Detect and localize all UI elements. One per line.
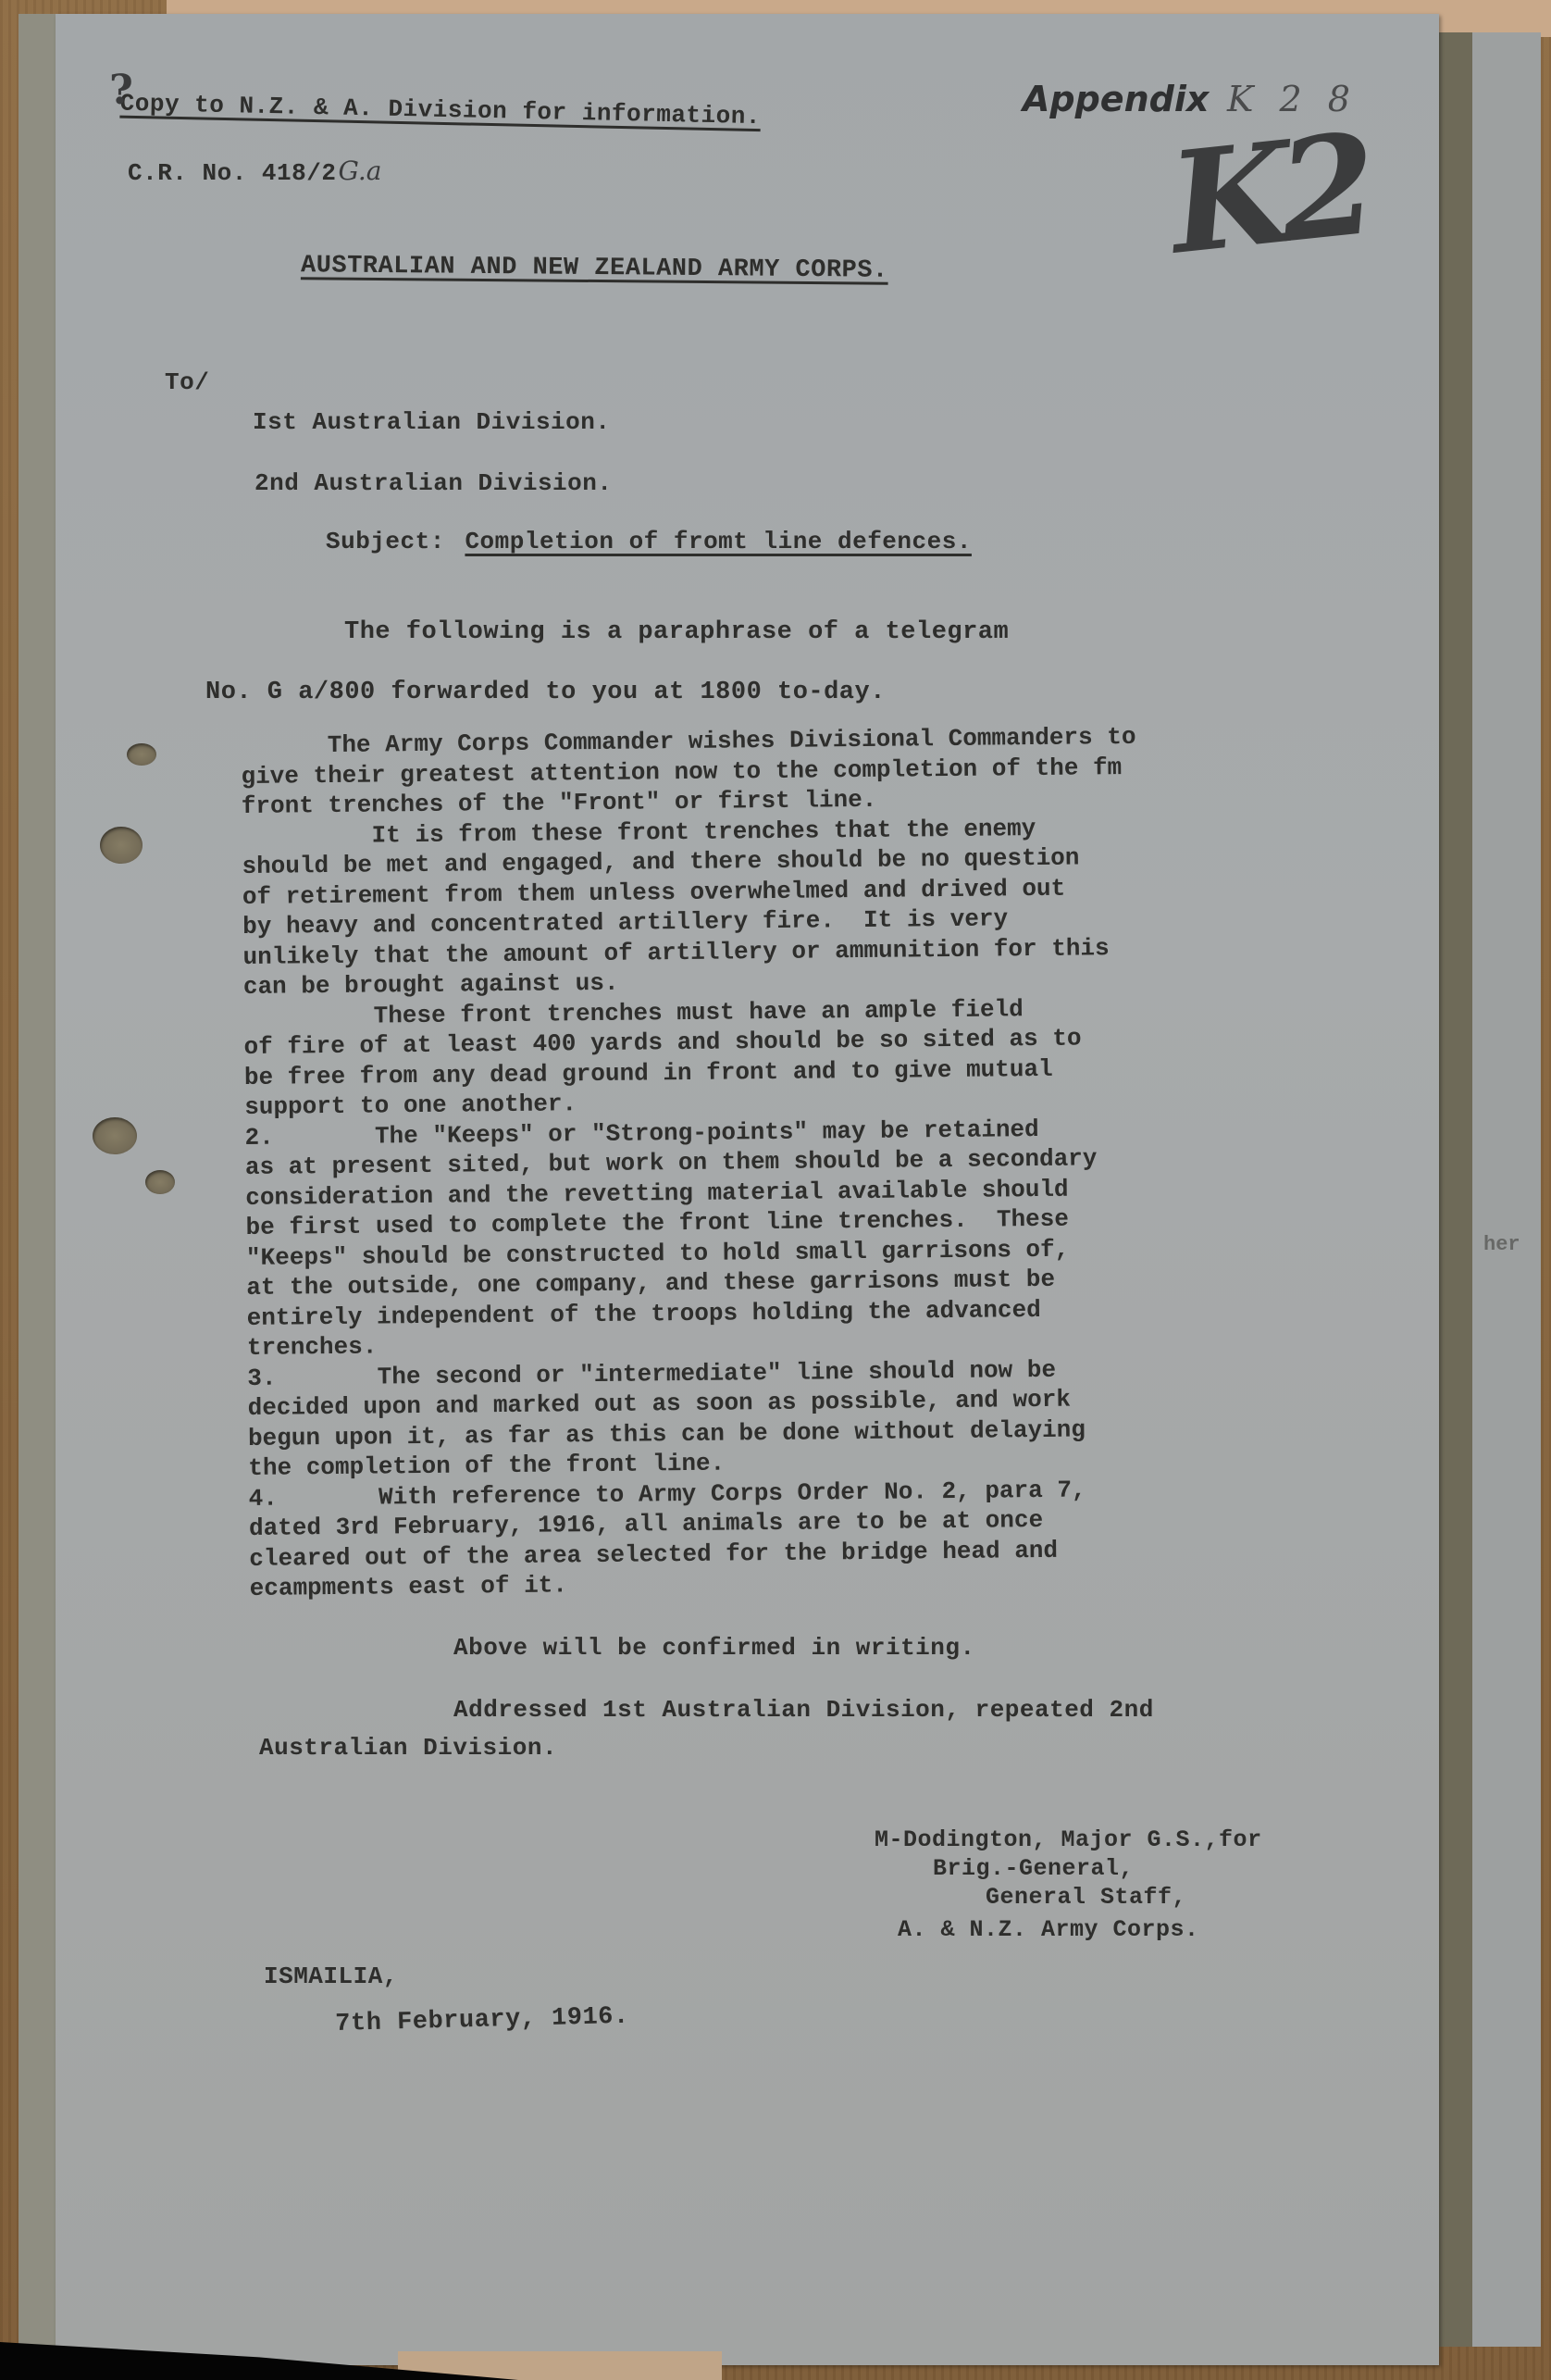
underlying-sheet-text: her [1483,1233,1520,1256]
to-label: To/ [165,368,209,396]
subject-line: Subject: Completion of fromt line defenc… [326,528,972,555]
underlying-sheet-right: her [1439,32,1541,2347]
message-body: The Army Corps Commander wishes Division… [241,719,1360,1603]
cr-number-rest: 8/2 [292,159,336,187]
subject-label: Subject: [326,528,445,555]
large-k2-mark: K2 [1164,115,1372,273]
intro-line-1: The following is a paraphrase of a teleg… [344,618,1009,646]
intro-line-2: No. G a/800 forwarded to you at 1800 to-… [205,679,886,706]
appendix-stamp: Appendix [1023,79,1209,119]
signature-name: M-Dodington, Major G.S.,for [875,1826,1262,1853]
recipient-1: Ist Australian Division. [253,408,610,436]
signature-staff: General Staff, [986,1884,1186,1911]
sheet-gap-shadow [1439,32,1472,2347]
handwritten-c-mark: ? [109,67,133,114]
punch-hole-2 [100,827,143,864]
place: ISMAILIA, [264,1963,398,1990]
punch-hole-1 [127,743,156,766]
punch-hole-3 [93,1117,137,1154]
signature-rank: Brig.-General, [933,1855,1134,1882]
cr-number-typed: C.R. No. 41 [128,159,292,187]
addressed-line-1: Addressed 1st Australian Division, repea… [453,1696,1154,1724]
confirm-line: Above will be confirmed in writing. [453,1634,975,1662]
addressed-line-2: Australian Division. [259,1734,557,1762]
page-heading: AUSTRALIAN AND NEW ZEALAND ARMY CORPS. [301,252,888,285]
signature-corps: A. & N.Z. Army Corps. [898,1916,1199,1943]
punch-hole-4 [145,1170,175,1194]
recipient-2: 2nd Australian Division. [254,469,612,497]
cr-number: C.R. No. 418/2G.a [128,156,381,187]
cr-number-handwritten: G.a [338,156,381,186]
subject-text: Completion of fromt line defences. [465,528,972,555]
